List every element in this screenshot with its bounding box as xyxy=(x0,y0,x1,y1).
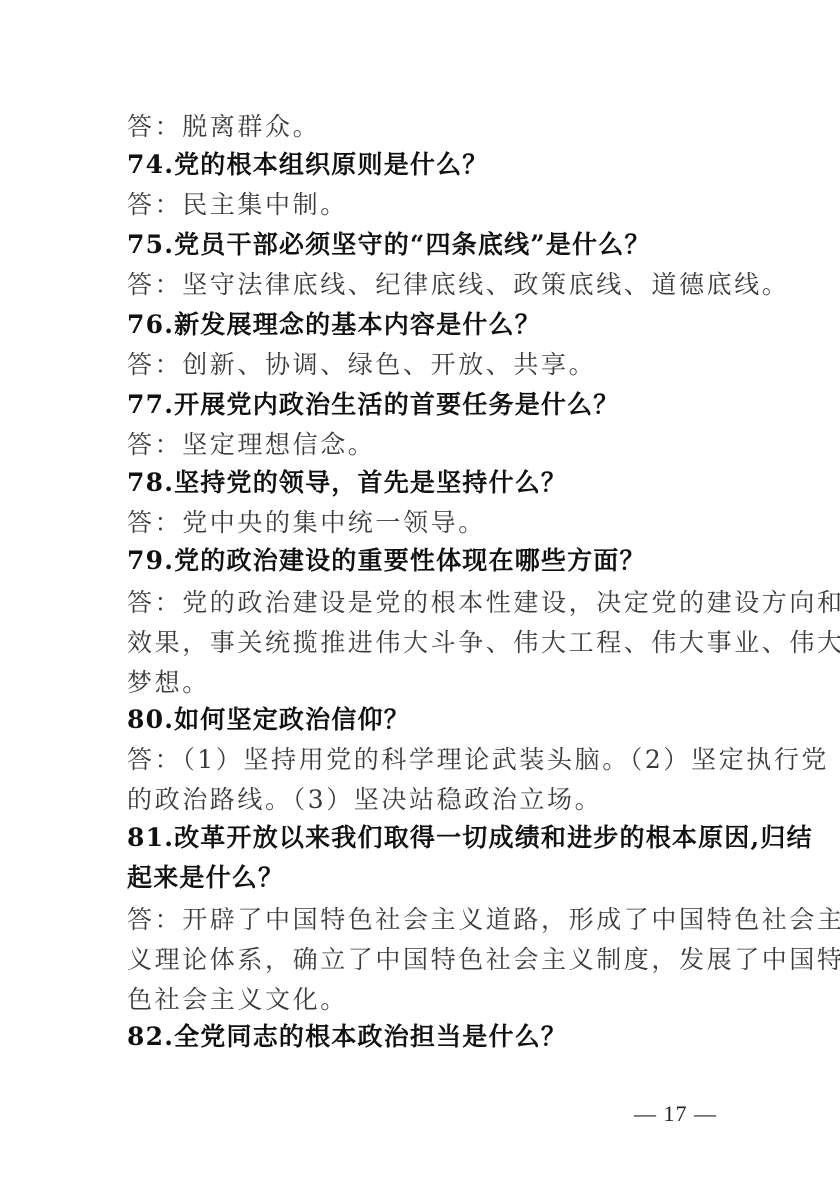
answer-75: 答：坚守法律底线、纪律底线、政策底线、道德底线。 xyxy=(127,270,789,300)
answer-79-line-2: 效果，事关统揽推进伟大斗争、伟大工程、伟大事业、伟大 xyxy=(127,628,840,658)
answer-80-line-2: 的政治路线。（3）坚决站稳政治立场。 xyxy=(127,785,602,815)
answer-76: 答：创新、协调、绿色、开放、共享。 xyxy=(127,350,596,380)
answer-79-line-3: 梦想。 xyxy=(127,668,210,698)
question-76: 76.新发展理念的基本内容是什么？ xyxy=(127,310,541,340)
answer-77: 答：坚定理想信念。 xyxy=(127,430,375,460)
answer-81-line-2: 义理论体系，确立了中国特色社会主义制度，发展了中国特 xyxy=(127,945,840,975)
question-82: 82.全党同志的根本政治担当是什么？ xyxy=(127,1022,567,1052)
question-75: 75.党员干部必须坚守的“四条底线”是什么？ xyxy=(127,230,651,260)
answer-81-line-1: 答：开辟了中国特色社会主义道路，形成了中国特色社会主 xyxy=(127,905,840,935)
answer-80-line-1: 答：（1）坚持用党的科学理论武装头脑。（2）坚定执行党 xyxy=(127,745,829,775)
question-78: 78.坚持党的领导，首先是坚持什么？ xyxy=(127,468,567,498)
question-81-line-1: 81.改革开放以来我们取得一切成绩和进步的根本原因,归结 xyxy=(127,823,813,853)
question-79: 79.党的政治建设的重要性体现在哪些方面？ xyxy=(127,546,646,576)
document-page: 答：脱离群众。 74.党的根本组织原则是什么？ 答：民主集中制。 75.党员干部… xyxy=(0,0,840,1188)
answer-74: 答：民主集中制。 xyxy=(127,190,348,220)
answer-73-line-1: 答：脱离群众。 xyxy=(127,112,320,142)
question-81-line-2: 起来是什么？ xyxy=(127,863,284,893)
question-77: 77.开展党内政治生活的首要任务是什么？ xyxy=(127,390,620,420)
question-74: 74.党的根本组织原则是什么？ xyxy=(127,150,489,180)
answer-79-line-1: 答：党的政治建设是党的根本性建设，决定党的建设方向和 xyxy=(127,588,840,618)
answer-81-line-3: 色社会主义文化。 xyxy=(127,985,348,1015)
answer-78: 答：党中央的集中统一领导。 xyxy=(127,508,486,538)
question-80: 80.如何坚定政治信仰？ xyxy=(127,705,410,735)
page-number: — 17 — xyxy=(634,1101,717,1127)
